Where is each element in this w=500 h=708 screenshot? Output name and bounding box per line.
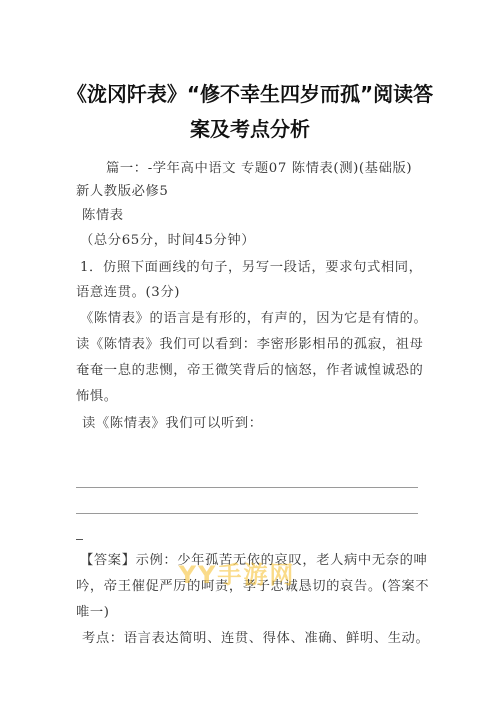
- answer-blank-dash: [76, 539, 83, 540]
- intro-line-2: 新人教版必修5: [76, 180, 168, 199]
- section-title: 陈情表: [82, 204, 124, 223]
- passage-line-5: 读《陈情表》我们可以听到：: [82, 412, 263, 431]
- intro-line-1: 篇一：-学年高中语文 专题07 陈情表(测)(基础版): [106, 157, 412, 176]
- answer-line-1: 【答案】示例：少年孤苦无依的哀叹，老人病中无奈的呻: [80, 549, 427, 568]
- question-line-1: 1．仿照下面画线的句子，另写一段话，要求句式相同，: [80, 256, 423, 275]
- document-title-line-1: 《泷冈阡表》“修不幸生四岁而孤”阅读答: [0, 78, 500, 107]
- passage-line-2: 读《陈情表》我们可以看到：李密形影相吊的孤寂，祖母: [76, 333, 423, 352]
- question-line-2: 语意连贯。(3分): [76, 281, 180, 300]
- document-title-line-2: 案及考点分析: [0, 113, 500, 142]
- passage-line-3: 奄奄一息的悲恻，帝王微笑背后的恼怒，作者诚惶诚恐的: [76, 359, 423, 378]
- answer-line-3: 唯一): [76, 601, 110, 620]
- answer-blank-line-1: [76, 487, 418, 488]
- passage-line-4: 怖惧。: [76, 385, 118, 404]
- answer-blank-line-2: [76, 513, 418, 514]
- score-info: （总分65分，时间45分钟）: [80, 229, 255, 248]
- answer-line-2: 吟，帝王催促严厉的呵责，孝子忠诚恳切的哀告。(答案不: [76, 575, 429, 594]
- passage-line-1: 《陈情表》的语言是有形的，有声的，因为它是有情的。: [80, 307, 427, 326]
- key-point: 考点：语言表达简明、连贯、得体、准确、鲜明、生动。: [82, 627, 429, 646]
